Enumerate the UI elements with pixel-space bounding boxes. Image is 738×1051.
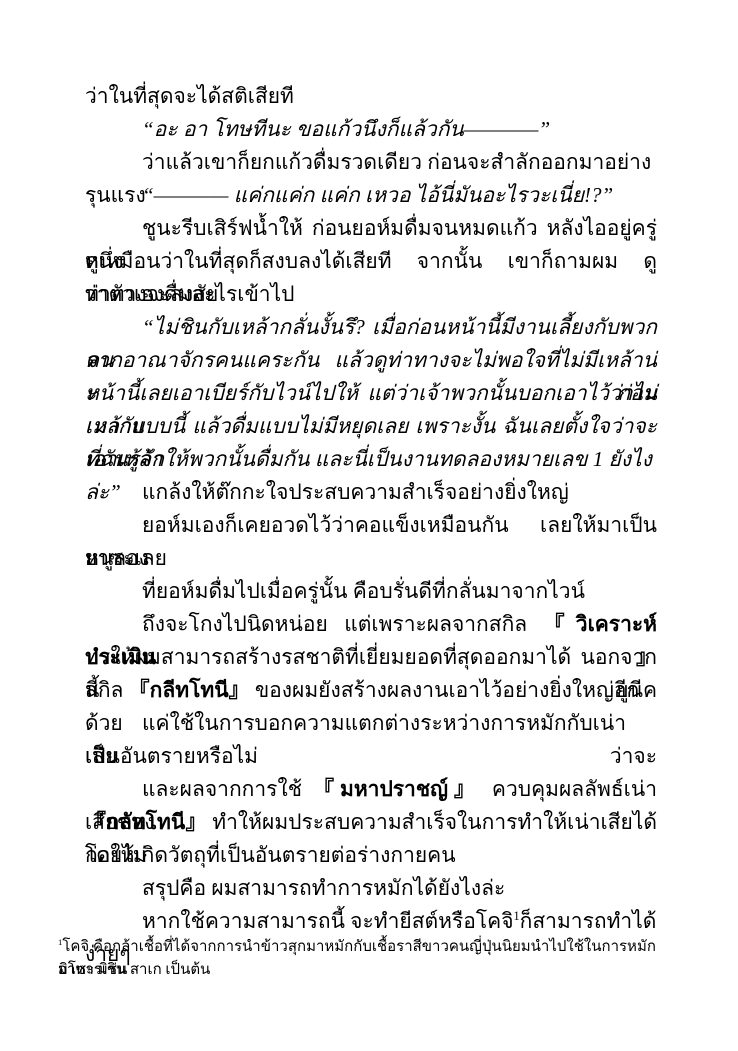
- text-segment: สกิล: [85, 678, 129, 702]
- text-line: ว่าแล้วเขาก็ยกแก้วดื่มรวดเดียว ก่อนจะสำล…: [85, 146, 657, 179]
- text-line: ว่าในที่สุดจะได้สติเสียที: [85, 80, 657, 113]
- text-segment: และผลจากการใช้: [142, 777, 313, 801]
- text-line: ว่าตัวเองดื่มอะไรเข้าไป: [85, 278, 657, 311]
- text-line: แกล้งให้ต๊กกะใจประสบความสำเร็จอย่างยิ่งใ…: [85, 476, 657, 509]
- text-segment: ว่าในที่สุดจะได้สติเสียที: [85, 84, 294, 108]
- text-line: ที่ฉันรู้จักให้พวกนั้นดื่มกัน และนี่เป็น…: [85, 443, 657, 476]
- skill-name-text: 『กลัทโทนี』: [85, 810, 207, 834]
- text-segment: ที่ยอห์มดื่มไปเมื่อครู่นั้น คือบรั่นดีที…: [142, 579, 585, 603]
- text-line: และผลจากการใช้ 『มหาปราชญ์』 ควบคุมผลลัพธ์…: [85, 773, 657, 806]
- body-text: ว่าในที่สุดจะได้สติเสียที“อะ อา โทษทีนะ …: [85, 80, 657, 938]
- text-segment: ว่าตัวเองดื่มอะไรเข้าไป: [85, 282, 295, 306]
- footnote-line: มิโซะ มิริน สาเก เป็นต้น: [58, 959, 670, 982]
- text-line: ถึงจะโกงไปนิดหน่อย แต่เพราะผลจากสกิล 『วิ…: [85, 608, 657, 641]
- text-line: ก่อให้เกิดวัตถุที่เป็นอันตรายต่อร่างกายค…: [85, 839, 657, 872]
- text-line: เหล้าแบบนี้ แล้วดื่มแบบไม่มีหยุดเลย เพรา…: [85, 410, 657, 443]
- text-segment: ยาซะเลย: [85, 546, 167, 570]
- text-line: ที่ยอห์มดื่มไปเมื่อครู่นั้น คือบรั่นดีที…: [85, 575, 657, 608]
- text-line: หากใช้ความสามารถนี้ จะทำยีสต์หรือโคจิ1ก็…: [85, 905, 657, 938]
- text-segment: มิโซะ มิริน สาเก เป็นต้น: [58, 962, 210, 978]
- text-line: สกิล 『กลีทโทนี』 ของผมยังสร้างผลงานเอาไว้…: [85, 674, 657, 707]
- text-segment: “———— แค่กแค่ก แค่ก เหวอ ไอ้นี่มันอะไรวะ…: [142, 183, 613, 207]
- text-line: แค่ใช้ในการบอกความแตกต่างระหว่างการหมักก…: [85, 707, 657, 740]
- skill-name-text: 『มหาปราชญ์』: [313, 777, 481, 801]
- text-line: “———— แค่กแค่ก แค่ก เหวอ ไอ้นี่มันอะไรวะ…: [85, 179, 657, 212]
- footnote: 1โคจิ คือกล้าเชื้อที่ได้จากการนำข้าวสุกม…: [58, 936, 670, 982]
- text-segment: เป็นอันตรายหรือไม่: [85, 744, 258, 768]
- text-segment: “อะ อา โทษทีนะ ขอแก้วนึงก็แล้วกัน————”: [142, 117, 550, 141]
- footnote-line: 1โคจิ คือกล้าเชื้อที่ได้จากการนำข้าวสุกม…: [58, 936, 670, 959]
- text-line: “ไม่ชินกับเหล้ากลั่นงั้นรึ? เมื่อก่อนหน้…: [85, 311, 657, 344]
- text-line: “อะ อา โทษทีนะ ขอแก้วนึงก็แล้วกัน————”: [85, 113, 657, 146]
- text-segment: หากใช้ความสามารถนี้ จะทำยีสต์หรือโคจิ: [142, 909, 514, 933]
- text-segment: ก่อให้เกิดวัตถุที่เป็นอันตรายต่อร่างกายค…: [85, 843, 456, 867]
- text-line: ทำให้ผมสามารถสร้างรสชาติที่เยี่ยมยอดที่ส…: [85, 641, 657, 674]
- text-line: สรุปคือ ผมสามารถทำการหมักได้ยังไงล่ะ: [85, 872, 657, 905]
- skill-name-text: 『กลีทโทนี』: [129, 678, 250, 702]
- text-line: 『กลัทโทนี』 ทำให้ผมประสบความสำเร็จในการทำ…: [85, 806, 657, 839]
- book-page: ว่าในที่สุดจะได้สติเสียที“อะ อา โทษทีนะ …: [0, 0, 738, 1051]
- text-line: ยอห์มเองก็เคยอวดไว้ว่าคอแข็งเหมือนกัน เล…: [85, 509, 657, 542]
- text-segment: แกล้งให้ต๊กกะใจประสบความสำเร็จอย่างยิ่งใ…: [142, 480, 569, 504]
- text-line: จากอาณาจักรคนแคระกัน แล้วดูท่าทางจะไม่พอ…: [85, 344, 657, 377]
- text-segment: สรุปคือ ผมสามารถทำการหมักได้ยังไงล่ะ: [142, 876, 505, 900]
- text-segment: ถึงจะโกงไปนิดหน่อย แต่เพราะผลจากสกิล: [142, 612, 544, 636]
- text-line: ยาซะเลย: [85, 542, 657, 575]
- text-line: ดูเหมือนว่าในที่สุดก็สงบลงได้เสียที จากน…: [85, 245, 657, 278]
- text-line: ชูนะรีบเสิร์ฟน้ำให้ ก่อนยอห์มดื่มจนหมดแก…: [85, 212, 657, 245]
- text-line: หน้านี้เลยเอาเบียร์กับไวน์ไปให้ แต่ว่าเจ…: [85, 377, 657, 410]
